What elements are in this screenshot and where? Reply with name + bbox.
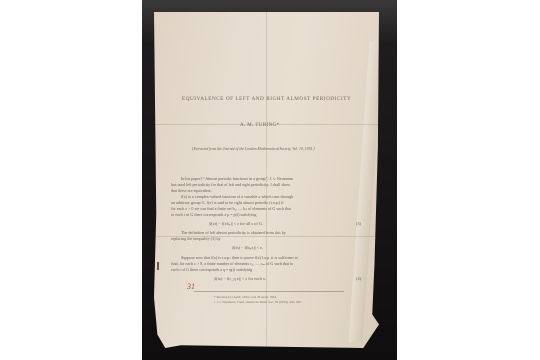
- body-line: find, for each ε > 0, a finite number of…: [171, 261, 293, 266]
- body-line: replacing the inequality (3) by: [171, 236, 221, 241]
- body-line: The definition of left almost periodicit…: [181, 230, 286, 235]
- equation-number: (3): [356, 221, 361, 226]
- body-line: an arbitrary group G. f(x) is said to be…: [171, 200, 284, 205]
- equation: |f(tx) − f(c_q x)| < ε for each x.: [214, 276, 266, 281]
- equation: |f(xt) − f(xbₚ)| < ε for all x of G.: [209, 221, 263, 226]
- body-line: In his paper† “Almost periodic functions…: [181, 176, 293, 181]
- body-line: Suppose now that f(x) is r.a.p.; then to…: [181, 255, 298, 260]
- document-author: A. M. TURING*: [240, 123, 280, 128]
- edge-mark: [157, 262, 159, 270]
- footnote: † J. v. Neumann, Trans. American Math. S…: [214, 300, 302, 304]
- footnote-rule: [194, 291, 344, 292]
- equation-number: (4): [356, 276, 361, 281]
- body-line: to each t of G there corresponds a p = p…: [171, 212, 256, 217]
- body-line: for each ε > 0 we can find a finite set …: [171, 206, 291, 211]
- body-line: each t of G there corresponds a q = q(t)…: [171, 267, 252, 272]
- body-line: has used left periodicity for that of le…: [171, 182, 290, 187]
- handwritten-mark: 31: [187, 282, 195, 291]
- body-line: that these are equivalent.: [171, 188, 212, 193]
- document-title: EQUIVALENCE OF LEFT AND RIGHT ALMOST PER…: [182, 96, 351, 102]
- extract-note: [Extracted from the Journal of the Londo…: [192, 147, 315, 151]
- equation: |f(tx) − f(bₚx)| < ε.: [232, 245, 263, 250]
- footnote: * Received 21 April, 1934; read 26 April…: [214, 295, 277, 299]
- body-line: f(x) is a complex-valued function of a v…: [181, 194, 293, 199]
- paper-page: EQUIVALENCE OF LEFT AND RIGHT ALMOST PER…: [154, 12, 379, 348]
